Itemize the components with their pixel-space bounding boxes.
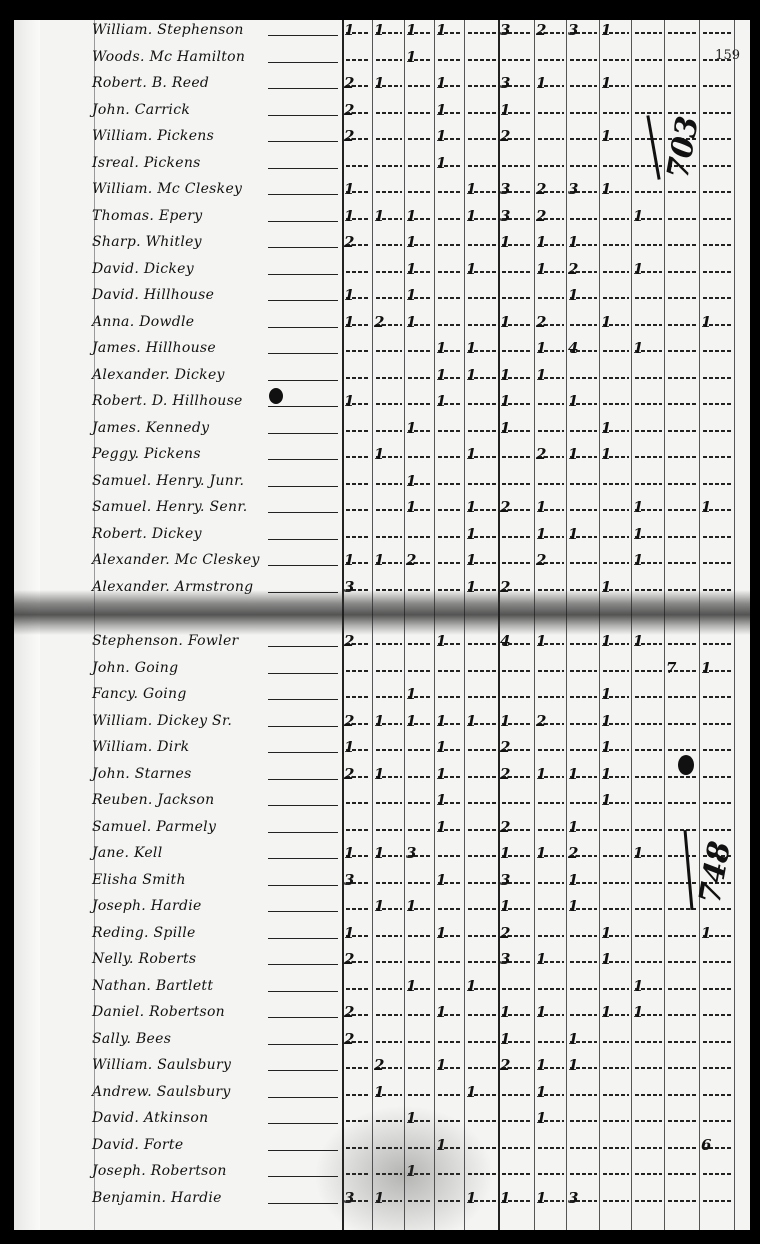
tally-cell: 1 (464, 551, 498, 569)
dash-mark (635, 670, 662, 672)
tally-value: 1 (601, 180, 611, 198)
dash-mark (502, 670, 532, 672)
tally-cell (534, 286, 566, 304)
dash-mark (408, 85, 432, 87)
tally-cell (342, 791, 372, 809)
name-leader-line (268, 168, 338, 169)
dash-mark (668, 350, 697, 352)
tally-cell (599, 1136, 631, 1154)
tally-cells: 11211 (342, 445, 750, 463)
tally-cells: 1111 (342, 525, 750, 543)
tally-cell (534, 738, 566, 756)
tally-cell (404, 127, 434, 145)
dash-mark (376, 59, 402, 61)
tally-value: 1 (536, 366, 546, 384)
tally-cell (699, 1003, 734, 1021)
tally-cell: 1 (631, 260, 664, 278)
dash-mark (408, 802, 432, 804)
dash-mark (603, 509, 629, 511)
dash-mark (468, 670, 496, 672)
tally-cell (534, 1136, 566, 1154)
dash-mark (668, 191, 697, 193)
dash-mark (438, 297, 462, 299)
dash-mark (346, 271, 370, 273)
tally-cell (664, 180, 699, 198)
tally-cell: 1 (342, 844, 372, 862)
tally-cell (464, 818, 498, 836)
tally-cell (464, 101, 498, 119)
tally-cell (566, 366, 599, 384)
dash-mark (635, 908, 662, 910)
dash-mark (468, 165, 496, 167)
tally-value: 2 (344, 712, 354, 730)
tally-cell (534, 472, 566, 490)
tally-cell (631, 21, 664, 39)
tally-value: 3 (568, 180, 578, 198)
tally-cell: 1 (464, 260, 498, 278)
dash-mark (703, 297, 732, 299)
tally-value: 3 (344, 871, 354, 889)
dash-mark (703, 1014, 732, 1016)
tally-cell: 1 (599, 950, 631, 968)
dash-mark (468, 297, 496, 299)
tally-cell (464, 154, 498, 172)
dash-mark (703, 191, 732, 193)
tally-cell: 1 (434, 765, 464, 783)
tally-cell (599, 154, 631, 172)
tally-cell (664, 260, 699, 278)
tally-value: 1 (633, 844, 643, 862)
dash-mark (408, 882, 432, 884)
tally-value: 2 (536, 21, 546, 39)
dash-mark (438, 855, 462, 857)
tally-cells: 111 (342, 1083, 750, 1101)
tally-cell (631, 127, 664, 145)
tally-value: 1 (536, 1189, 546, 1207)
dash-mark (376, 988, 402, 990)
tally-cell: 1 (631, 339, 664, 357)
dash-mark (438, 1094, 462, 1096)
table-row: Elisha Smith3131 (14, 870, 750, 890)
tally-cell (404, 1056, 434, 1074)
dash-mark (346, 1094, 370, 1096)
tally-value: 2 (500, 127, 510, 145)
tally-value: 1 (406, 286, 416, 304)
tally-cell (342, 339, 372, 357)
tally-cell: 2 (342, 74, 372, 92)
name-leader-line (268, 964, 338, 965)
tally-cell (699, 21, 734, 39)
dash-mark (502, 59, 532, 61)
tally-cell: 1 (534, 1083, 566, 1101)
tally-cell (534, 48, 566, 66)
tally-cell (699, 791, 734, 809)
tally-value: 1 (466, 498, 476, 516)
tally-value: 1 (536, 525, 546, 543)
tally-cell (631, 818, 664, 836)
name-leader-line (268, 221, 338, 222)
tally-cell: 1 (372, 445, 404, 463)
table-row: Sharp. Whitley21111 (14, 232, 750, 252)
dash-mark (408, 456, 432, 458)
tally-value: 1 (536, 1056, 546, 1074)
tally-cell (599, 260, 631, 278)
tally-value: 2 (536, 180, 546, 198)
tally-value: 1 (601, 313, 611, 331)
dash-mark (635, 456, 662, 458)
tally-value: 1 (601, 419, 611, 437)
tally-cell (631, 1083, 664, 1101)
tally-cell: 1 (566, 1056, 599, 1074)
tally-value: 1 (436, 871, 446, 889)
dash-mark (376, 165, 402, 167)
dash-mark (438, 696, 462, 698)
tally-cells: 121 (342, 818, 750, 836)
tally-cell (664, 366, 699, 384)
tally-cell: 3 (566, 1189, 599, 1207)
dash-mark (703, 908, 732, 910)
dash-mark (346, 377, 370, 379)
tally-cell: 2 (498, 498, 534, 516)
table-row: Anna. Dowdle1211211 (14, 312, 750, 332)
tally-cell: 1 (599, 685, 631, 703)
tally-cell: 1 (498, 366, 534, 384)
tally-value: 1 (536, 339, 546, 357)
dash-mark (468, 483, 496, 485)
dash-mark (502, 350, 532, 352)
dash-mark (703, 138, 732, 140)
tally-cell: 1 (599, 765, 631, 783)
tally-value: 1 (374, 21, 384, 39)
tally-cell: 1 (566, 818, 599, 836)
tally-cell: 1 (464, 498, 498, 516)
tally-cell (534, 1162, 566, 1180)
tally-cell: 1 (464, 180, 498, 198)
name-leader-line (268, 115, 338, 116)
table-row: Nelly. Roberts2311 (14, 949, 750, 969)
dash-mark (703, 802, 732, 804)
tally-value: 1 (536, 1003, 546, 1021)
tally-cell: 2 (498, 127, 534, 145)
dash-mark (376, 271, 402, 273)
dash-mark (703, 377, 732, 379)
dash-mark (438, 908, 462, 910)
name-leader-line (268, 406, 338, 407)
tally-cell: 1 (404, 472, 434, 490)
tally-cells: 21211 (342, 1056, 750, 1074)
dash-mark (603, 59, 629, 61)
tally-cell: 1 (372, 551, 404, 569)
tally-cell: 1 (372, 844, 404, 862)
name-leader-line (268, 247, 338, 248)
dash-mark (376, 961, 402, 963)
tally-cell (342, 685, 372, 703)
tally-value: 1 (466, 551, 476, 569)
tally-cell (498, 260, 534, 278)
dash-mark (570, 377, 597, 379)
tally-cells: 21111121 (342, 712, 750, 730)
tally-cell (434, 260, 464, 278)
tally-cell (631, 659, 664, 677)
dash-mark (538, 483, 564, 485)
dash-mark (668, 776, 697, 778)
tally-cell (664, 844, 699, 862)
tally-cell: 1 (434, 1056, 464, 1074)
tally-cell (342, 818, 372, 836)
dash-mark (603, 536, 629, 538)
tally-cells: 1 (342, 472, 750, 490)
tally-cell (664, 1003, 699, 1021)
dash-mark (408, 112, 432, 114)
tally-cell: 1 (404, 286, 434, 304)
dash-mark (468, 59, 496, 61)
tally-cell (631, 1030, 664, 1048)
dash-mark (468, 1014, 496, 1016)
name-leader-line (268, 752, 338, 753)
tally-value: 1 (601, 950, 611, 968)
tally-cell (498, 659, 534, 677)
tally-cell: 2 (342, 1003, 372, 1021)
dash-mark (603, 244, 629, 246)
table-row: William. Saulsbury21211 (14, 1055, 750, 1075)
tally-cell: 1 (599, 738, 631, 756)
tally-cell (699, 712, 734, 730)
tally-cell (664, 445, 699, 463)
tally-cell: 2 (534, 445, 566, 463)
dash-mark (668, 696, 697, 698)
name-leader-line (268, 88, 338, 89)
tally-cell: 1 (404, 498, 434, 516)
tally-value: 2 (406, 551, 416, 569)
table-row: Sally. Bees211 (14, 1029, 750, 1049)
tally-cell (434, 498, 464, 516)
dash-mark (635, 377, 662, 379)
tally-cell: 1 (534, 765, 566, 783)
table-row: James. Kennedy111 (14, 418, 750, 438)
tally-cell (464, 738, 498, 756)
tally-cell (372, 659, 404, 677)
tally-value: 1 (344, 313, 354, 331)
tally-cell (699, 207, 734, 225)
tally-cell: 2 (498, 1056, 534, 1074)
dash-mark (635, 829, 662, 831)
tally-cell: 1 (404, 207, 434, 225)
tally-cell (434, 950, 464, 968)
tally-cell (664, 1030, 699, 1048)
tally-cell (631, 950, 664, 968)
tally-cell: 1 (434, 101, 464, 119)
tally-cell (534, 924, 566, 942)
tally-cell: 1 (534, 74, 566, 92)
name-leader-line (268, 938, 338, 939)
tally-cell: 1 (534, 233, 566, 251)
paper-stain (314, 1105, 494, 1230)
tally-cell (372, 472, 404, 490)
tally-cell (404, 1083, 434, 1101)
table-row: Thomas. Epery1111321 (14, 206, 750, 226)
tally-cells: 211111 (342, 1003, 750, 1021)
dash-mark (635, 935, 662, 937)
tally-value: 1 (344, 286, 354, 304)
tally-cell: 1 (498, 101, 534, 119)
tally-cell (699, 551, 734, 569)
tally-cell (699, 154, 734, 172)
dash-mark (502, 297, 532, 299)
tally-cell: 2 (342, 101, 372, 119)
tally-cell: 3 (404, 844, 434, 862)
tally-cell (372, 48, 404, 66)
tally-cell: 1 (599, 791, 631, 809)
tally-cell: 1 (498, 233, 534, 251)
dash-mark (570, 165, 597, 167)
tally-cell (464, 313, 498, 331)
tally-cell (599, 392, 631, 410)
tally-value: 1 (466, 525, 476, 543)
dash-mark (468, 112, 496, 114)
tally-cell: 1 (566, 871, 599, 889)
tally-value: 1 (436, 101, 446, 119)
dash-mark (346, 670, 370, 672)
tally-cell (599, 525, 631, 543)
table-row: Alexander. Mc Cleskey112121 (14, 550, 750, 570)
table-row: Samuel. Henry. Senr.112111 (14, 497, 750, 517)
tally-value: 2 (344, 950, 354, 968)
tally-value: 1 (436, 791, 446, 809)
tally-cell (699, 48, 734, 66)
dash-mark (502, 1173, 532, 1175)
dash-mark (570, 670, 597, 672)
tally-cells: 111 (342, 286, 750, 304)
tally-cell (664, 286, 699, 304)
name-leader-line (268, 673, 338, 674)
tally-cells: 11 (342, 685, 750, 703)
name-leader-line (268, 274, 338, 275)
table-row: Fancy. Going11 (14, 684, 750, 704)
tally-cell: 1 (404, 977, 434, 995)
tally-value: 2 (536, 445, 546, 463)
tally-value: 1 (406, 472, 416, 490)
tally-cell (498, 286, 534, 304)
tally-value: 2 (374, 313, 384, 331)
tally-cell (631, 1136, 664, 1154)
tally-cells: 112111 (342, 498, 750, 516)
tally-cell (664, 1109, 699, 1127)
tally-value: 1 (436, 924, 446, 942)
dash-mark (468, 829, 496, 831)
tally-cell (566, 313, 599, 331)
tally-cell: 1 (498, 712, 534, 730)
tally-cell (498, 154, 534, 172)
name-leader-line (268, 62, 338, 63)
tally-value: 1 (601, 21, 611, 39)
tally-cell (372, 498, 404, 516)
tally-cell (631, 154, 664, 172)
tally-cells: 112121 (342, 551, 750, 569)
tally-cell (664, 738, 699, 756)
tally-cell (566, 977, 599, 995)
tally-cell: 1 (498, 1030, 534, 1048)
dash-mark (603, 855, 629, 857)
tally-cell: 1 (464, 712, 498, 730)
dash-mark (603, 377, 629, 379)
dash-mark (603, 350, 629, 352)
dash-mark (668, 1173, 697, 1175)
tally-cell (534, 101, 566, 119)
dash-mark (538, 988, 564, 990)
tally-cell: 2 (342, 1030, 372, 1048)
tally-cell (664, 977, 699, 995)
tally-value: 1 (374, 445, 384, 463)
tally-cell (342, 366, 372, 384)
dash-mark (538, 935, 564, 937)
tally-cell (599, 897, 631, 915)
tally-cell: 1 (434, 791, 464, 809)
tally-cell: 1 (434, 924, 464, 942)
dash-mark (668, 403, 697, 405)
dash-mark (376, 191, 402, 193)
dash-mark (570, 483, 597, 485)
tally-cell (664, 207, 699, 225)
tally-cell (372, 366, 404, 384)
tally-cell (498, 685, 534, 703)
tally-cell (404, 950, 434, 968)
tally-value: 1 (466, 339, 476, 357)
tally-cell (631, 74, 664, 92)
table-row: Reuben. Jackson11 (14, 790, 750, 810)
tally-cell (566, 1109, 599, 1127)
tally-cell: 1 (434, 712, 464, 730)
dash-mark (468, 882, 496, 884)
dash-mark (668, 1041, 697, 1043)
table-row: Robert. Dickey1111 (14, 524, 750, 544)
tally-cell (464, 21, 498, 39)
dash-mark (376, 749, 402, 751)
table-row: Samuel. Parmely121 (14, 817, 750, 837)
tally-cell: 1 (342, 392, 372, 410)
dash-mark (438, 536, 462, 538)
tally-cell (372, 1003, 404, 1021)
tally-value: 1 (500, 1003, 510, 1021)
tally-cell: 1 (464, 977, 498, 995)
dash-mark (570, 988, 597, 990)
tally-cells: 1111 (342, 392, 750, 410)
tally-cells: 11121 (342, 260, 750, 278)
dash-mark (603, 297, 629, 299)
tally-cell (631, 419, 664, 437)
name-leader-line (268, 805, 338, 806)
dash-mark (703, 536, 732, 538)
dash-mark (346, 908, 370, 910)
dash-mark (376, 696, 402, 698)
tally-cell (372, 233, 404, 251)
dash-mark (468, 1067, 496, 1069)
tally-cell (464, 871, 498, 889)
tally-cell: 1 (434, 818, 464, 836)
dash-mark (635, 749, 662, 751)
tally-value: 1 (568, 445, 578, 463)
dash-mark (603, 562, 629, 564)
dash-mark (603, 670, 629, 672)
tally-value: 1 (374, 844, 384, 862)
tally-value: 1 (536, 950, 546, 968)
tally-value: 1 (406, 313, 416, 331)
dash-mark (668, 1014, 697, 1016)
tally-cell: 1 (599, 712, 631, 730)
dash-mark (502, 696, 532, 698)
dash-mark (668, 297, 697, 299)
tally-cell: 1 (434, 1003, 464, 1021)
tally-cell: 1 (534, 260, 566, 278)
